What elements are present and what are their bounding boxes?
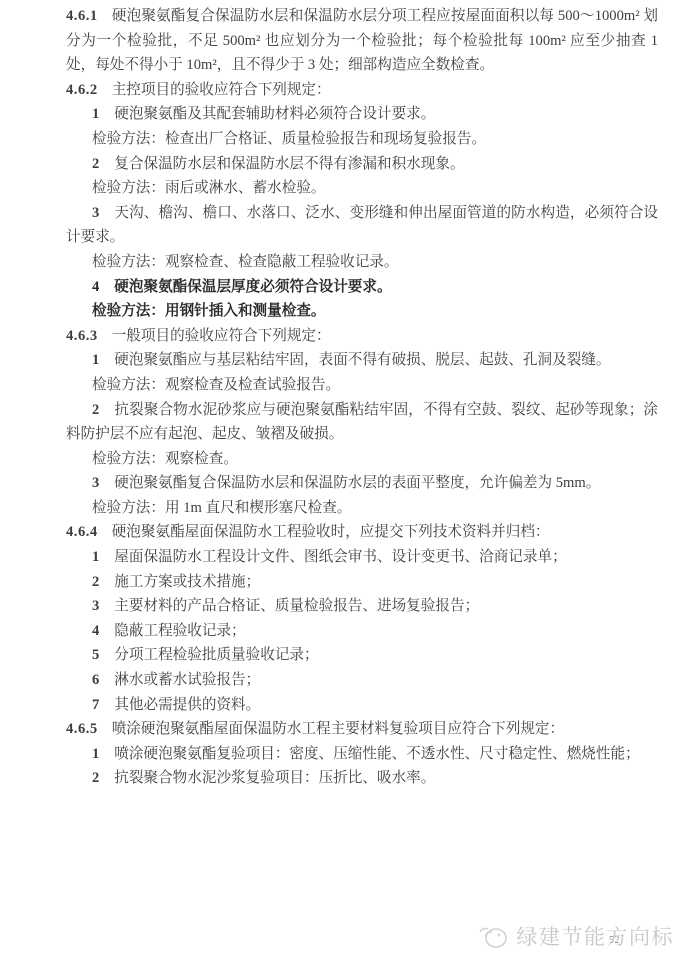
paragraph: 1硬泡聚氨酯及其配套辅助材料必须符合设计要求。 [66,102,658,127]
para-text: 屋面保温防水工程设计文件、图纸会审书、设计变更书、洽商记录单； [114,549,566,565]
paragraph: 4.6.5喷涂硬泡聚氨酯屋面保温防水工程主要材料复验项目应符合下列规定： [66,717,658,742]
paragraph: 3主要材料的产品合格证、质量检验报告、进场复验报告； [66,594,658,619]
para-text: 天沟、檐沟、檐口、水落口、泛水、变形缝和伸出屋面管道的防水构造，必须符合设计要求… [66,205,658,246]
para-number: 4.6.5 [66,721,98,737]
para-number: 1 [92,746,99,762]
para-text: 检验方法：检查出厂合格证、质量检验报告和现场复验报告。 [92,131,486,147]
para-number: 3 [92,205,99,221]
para-number: 2 [92,574,99,590]
paragraph: 4.6.4硬泡聚氨酯屋面保温防水工程验收时，应提交下列技术资料并归档： [66,520,658,545]
para-text: 硬泡聚氨酯应与基层粘结牢固，表面不得有破损、脱层、起鼓、孔洞及裂缝。 [114,352,610,368]
paragraph: 4硬泡聚氨酯保温层厚度必须符合设计要求。 [66,275,658,300]
para-text: 检验方法：用钢针插入和测量检查。 [92,303,326,319]
para-number: 4.6.1 [66,8,98,24]
para-text: 检验方法：观察检查。 [92,451,238,467]
para-text: 一般项目的验收应符合下列规定： [112,328,331,344]
para-number: 7 [92,697,99,713]
paragraph: 4.6.1硬泡聚氨酯复合保温防水层和保温防水层分项工程应按屋面面积以每 500～… [66,4,658,78]
para-text: 喷涂硬泡聚氨酯复验项目：密度、压缩性能、不透水性、尺寸稳定性、燃烧性能； [114,746,639,762]
para-number: 6 [92,672,99,688]
para-text: 检验方法：用 1m 直尺和楔形塞尺检查。 [92,500,351,516]
paragraph: 检验方法：观察检查及检查试验报告。 [66,373,658,398]
para-text: 检验方法：雨后或淋水、蓄水检验。 [92,180,326,196]
paragraph: 1硬泡聚氨酯应与基层粘结牢固，表面不得有破损、脱层、起鼓、孔洞及裂缝。 [66,348,658,373]
para-text: 检验方法：观察检查及检查试验报告。 [92,377,340,393]
para-text: 硬泡聚氨酯保温层厚度必须符合设计要求。 [114,279,391,295]
para-text: 分项工程检验批质量验收记录； [114,647,318,663]
paragraph: 2抗裂聚合物水泥沙浆复验项目：压折比、吸水率。 [66,766,658,791]
document-page: 4.6.1硬泡聚氨酯复合保温防水层和保温防水层分项工程应按屋面面积以每 500～… [0,0,690,965]
paragraph: 6淋水或蓄水试验报告； [66,668,658,693]
paragraph: 7其他必需提供的资料。 [66,693,658,718]
para-text: 淋水或蓄水试验报告； [114,672,260,688]
paragraph: 4隐蔽工程验收记录； [66,619,658,644]
para-number: 5 [92,647,99,663]
paragraph: 3天沟、檐沟、檐口、水落口、泛水、变形缝和伸出屋面管道的防水构造，必须符合设计要… [66,201,658,250]
paragraph: 检验方法：用钢针插入和测量检查。 [66,299,658,324]
para-text: 硬泡聚氨酯复合保温防水层和保温防水层分项工程应按屋面面积以每 500～1000m… [66,8,658,73]
para-text: 抗裂聚合物水泥沙浆复验项目：压折比、吸水率。 [114,770,435,786]
watermark: 绿建节能方向标 [476,921,675,951]
paragraph: 检验方法：用 1m 直尺和楔形塞尺检查。 [66,496,658,521]
para-number: 4 [92,623,99,639]
paragraph: 5分项工程检验批质量验收记录； [66,643,658,668]
paragraph: 检验方法：观察检查。 [66,447,658,472]
para-number: 4.6.2 [66,82,98,98]
para-number: 4.6.3 [66,328,98,344]
para-text: 复合保温防水层和保温防水层不得有渗漏和积水现象。 [114,156,464,172]
paragraph: 检验方法：观察检查、检查隐蔽工程验收记录。 [66,250,658,275]
para-number: 2 [92,156,99,172]
para-text: 硬泡聚氨酯复合保温防水层和保温防水层的表面平整度，允许偏差为 5mm。 [114,475,600,491]
watermark-text: 绿建节能方向标 [517,921,675,951]
paragraph: 2复合保温防水层和保温防水层不得有渗漏和积水现象。 [66,152,658,177]
para-text: 主要材料的产品合格证、质量检验报告、进场复验报告； [114,598,479,614]
para-text: 硬泡聚氨酯及其配套辅助材料必须符合设计要求。 [114,106,435,122]
para-number: 2 [92,770,99,786]
paragraph: 检验方法：雨后或淋水、蓄水检验。 [66,176,658,201]
paragraph: 1屋面保温防水工程设计文件、图纸会审书、设计变更书、洽商记录单； [66,545,658,570]
para-number: 2 [92,402,99,418]
paragraph: 4.6.3一般项目的验收应符合下列规定： [66,324,658,349]
para-number: 4 [92,279,99,295]
paragraph: 3硬泡聚氨酯复合保温防水层和保温防水层的表面平整度，允许偏差为 5mm。 [66,471,658,496]
paragraph: 检验方法：检查出厂合格证、质量检验报告和现场复验报告。 [66,127,658,152]
document-body: 4.6.1硬泡聚氨酯复合保温防水层和保温防水层分项工程应按屋面面积以每 500～… [66,4,658,791]
watermark-logo-icon [476,922,512,950]
para-number: 4.6.4 [66,524,98,540]
para-number: 3 [92,475,99,491]
para-number: 1 [92,106,99,122]
para-text: 喷涂硬泡聚氨酯屋面保温防水工程主要材料复验项目应符合下列规定： [112,721,564,737]
para-text: 施工方案或技术措施； [114,574,260,590]
para-number: 3 [92,598,99,614]
para-text: 隐蔽工程验收记录； [114,623,245,639]
para-text: 主控项目的验收应符合下列规定： [112,82,331,98]
para-text: 抗裂聚合物水泥砂浆应与硬泡聚氨酯粘结牢固，不得有空鼓、裂纹、起砂等现象；涂料防护… [66,402,658,443]
para-number: 1 [92,352,99,368]
para-text: 硬泡聚氨酯屋面保温防水工程验收时，应提交下列技术资料并归档： [112,524,550,540]
para-number: 1 [92,549,99,565]
para-text: 其他必需提供的资料。 [114,697,260,713]
para-text: 检验方法：观察检查、检查隐蔽工程验收记录。 [92,254,398,270]
paragraph: 2施工方案或技术措施； [66,570,658,595]
paragraph: 1喷涂硬泡聚氨酯复验项目：密度、压缩性能、不透水性、尺寸稳定性、燃烧性能； [66,742,658,767]
paragraph: 2抗裂聚合物水泥砂浆应与硬泡聚氨酯粘结牢固，不得有空鼓、裂纹、起砂等现象；涂料防… [66,398,658,447]
paragraph: 4.6.2主控项目的验收应符合下列规定： [66,78,658,103]
